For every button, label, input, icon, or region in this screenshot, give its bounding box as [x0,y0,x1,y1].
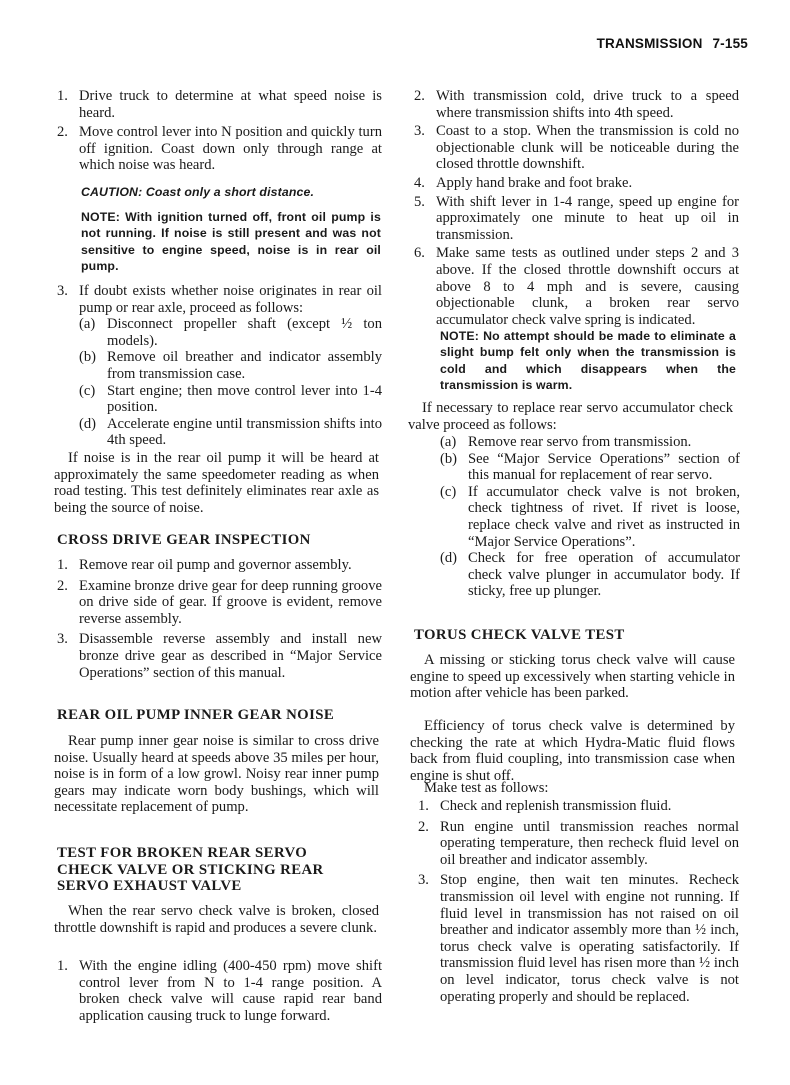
sub-list-item: (a)Remove rear servo from transmission. [440,434,740,451]
inner-gear-paragraph: Rear pump inner gear noise is similar to… [54,733,379,816]
running-header: TRANSMISSION 7-155 [597,36,748,51]
section-heading-torus: TORUS CHECK VALVE TEST [414,627,739,644]
list-item: 1.Check and replenish transmission fluid… [418,798,739,815]
torus-paragraph-1: A missing or sticking torus check valve … [410,652,735,702]
caution-text: CAUTION: Coast only a short distance. [81,184,381,200]
list-item: 2. Move control lever into N position an… [57,124,382,174]
list-item: 5.With shift lever in 1-4 range, speed u… [414,194,739,244]
cross-drive-steps: 1.Remove rear oil pump and governor asse… [57,557,382,681]
servo-test-step-1: 1.With the engine idling (400-450 rpm) m… [57,958,382,1024]
header-section: TRANSMISSION [597,36,703,51]
servo-test-paragraph: When the rear servo check valve is broke… [54,903,379,936]
sub-list-item: (c)Start engine; then move control lever… [79,383,382,416]
note-text: NOTE: With ignition turned off, front oi… [81,209,381,275]
list-item: 6.Make same tests as outlined under step… [414,245,739,328]
list-item: 3.Disassemble reverse assembly and insta… [57,631,382,681]
road-test-steps: 1. Drive truck to determine at what spee… [57,88,382,174]
list-item: 1.With the engine idling (400-450 rpm) m… [57,958,382,1024]
list-item: 3.Coast to a stop. When the transmission… [414,123,739,173]
torus-paragraph-3: Make test as follows: [410,780,735,797]
list-item: 3. If doubt exists whether noise origina… [57,283,382,316]
sub-list-item: (b)Remove oil breather and indicator ass… [79,349,382,382]
rear-pump-paragraph: If noise is in the rear oil pump it will… [54,450,379,516]
sub-list-item: (c)If accumulator check valve is not bro… [440,484,740,550]
step-3: 3. If doubt exists whether noise origina… [57,283,382,449]
sub-list: (a)Disconnect propeller shaft (except ½ … [79,316,382,449]
torus-paragraph-2: Efficiency of torus check valve is deter… [410,718,735,784]
servo-road-test-steps: 2.With transmission cold, drive truck to… [414,88,739,328]
sub-list-item: (d)Check for free operation of accumulat… [440,550,740,600]
header-page-number: 7-155 [712,36,748,51]
list-item: 1. Drive truck to determine at what spee… [57,88,382,121]
sub-list-item: (d)Accelerate engine until transmission … [79,416,382,449]
list-item: 2.Run engine until transmission reaches … [418,819,739,869]
list-item: 3.Stop engine, then wait ten minutes. Re… [418,872,739,1005]
section-heading-inner-gear: REAR OIL PUMP INNER GEAR NOISE [57,707,382,724]
section-heading-servo-test: TEST FOR BROKEN REAR SERVO CHECK VALVE O… [57,845,347,895]
sub-list-item: (b)See “Major Service Operations” sectio… [440,451,740,484]
replace-valve-sub-list: (a)Remove rear servo from transmission. … [440,434,740,600]
section-heading-cross-drive: CROSS DRIVE GEAR INSPECTION [57,532,382,549]
list-item: 2.Examine bronze drive gear for deep run… [57,578,382,628]
note-text: NOTE: No attempt should be made to elimi… [440,328,736,394]
list-item: 4.Apply hand brake and foot brake. [414,175,739,192]
sub-list-item: (a)Disconnect propeller shaft (except ½ … [79,316,382,349]
list-item: 2.With transmission cold, drive truck to… [414,88,739,121]
replace-valve-paragraph: If necessary to replace rear servo accum… [408,400,733,433]
list-item: 1.Remove rear oil pump and governor asse… [57,557,382,574]
torus-steps: 1.Check and replenish transmission fluid… [418,798,739,1005]
